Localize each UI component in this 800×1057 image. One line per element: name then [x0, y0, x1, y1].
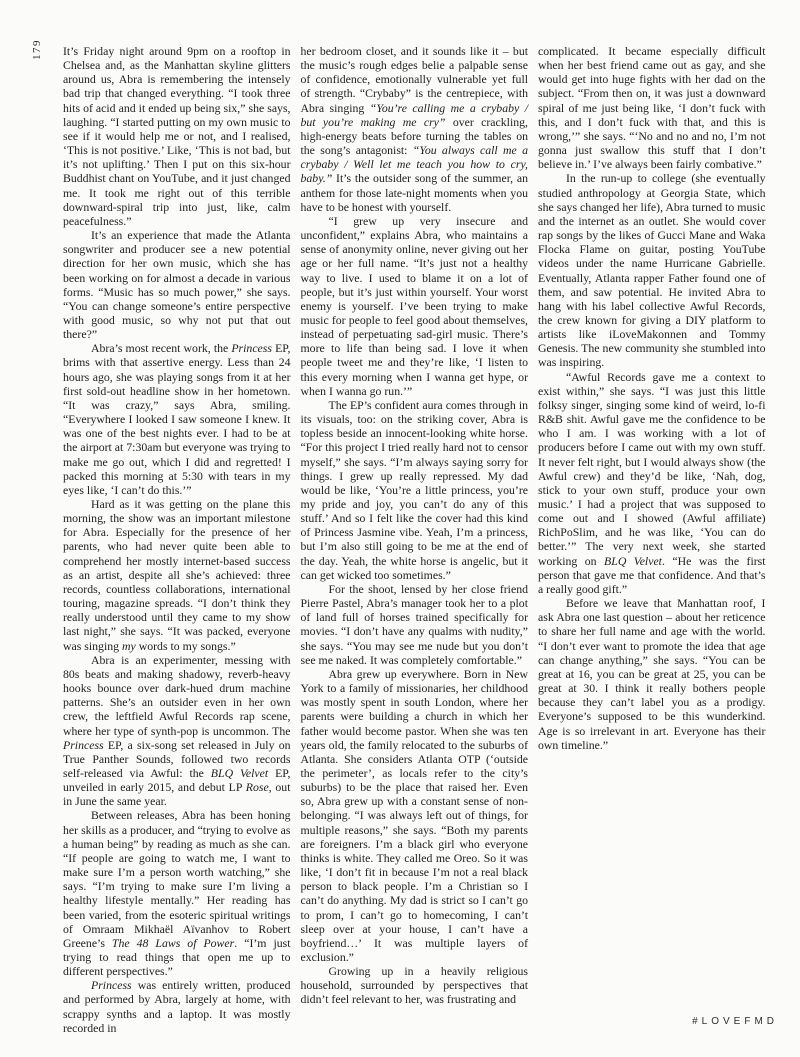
italic-text-run: my: [122, 639, 136, 653]
text-run: Growing up in a heavily religious househ…: [301, 964, 529, 1006]
text-run: Abra grew up everywhere. Born in New Yor…: [301, 667, 529, 964]
italic-text-run: Princess: [91, 978, 132, 992]
paragraph: For the shoot, lensed by her close frien…: [301, 582, 529, 667]
paragraph: Princess was entirely written, produced …: [63, 978, 291, 1035]
footer-hashtag: #LOVEFMD: [692, 1016, 778, 1027]
text-run: In the run-up to college (she eventually…: [538, 171, 766, 369]
text-run: Between releases, Abra has been honing h…: [63, 808, 291, 949]
paragraph: Hard as it was getting on the plane this…: [63, 497, 291, 653]
italic-text-run: The 48 Laws of Power: [112, 936, 234, 950]
text-run: Before we leave that Manhattan roof, I a…: [538, 596, 766, 752]
text-run: complicated. It became especially diffic…: [538, 44, 766, 171]
italic-text-run: Princess: [63, 738, 104, 752]
paragraph: complicated. It became especially diffic…: [538, 44, 766, 171]
text-run: The EP’s confident aura comes through in…: [301, 398, 529, 582]
page-number: 179: [31, 39, 43, 60]
paragraph: It’s an experience that made the Atlanta…: [63, 228, 291, 341]
text-run: For the shoot, lensed by her close frien…: [301, 582, 529, 667]
text-run: “Awful Records gave me a context to exis…: [538, 370, 766, 568]
paragraph: It’s Friday night around 9pm on a roofto…: [63, 44, 291, 228]
text-run: Abra is an experimenter, messing with 80…: [63, 653, 291, 738]
paragraph: Abra is an experimenter, messing with 80…: [63, 653, 291, 809]
italic-text-run: BLQ Velvet: [604, 554, 662, 568]
article-column-1: It’s Friday night around 9pm on a roofto…: [63, 44, 291, 1035]
article-column-2: her bedroom closet, and it sounds like i…: [301, 44, 529, 1007]
paragraph: Between releases, Abra has been honing h…: [63, 808, 291, 978]
paragraph: The EP’s confident aura comes through in…: [301, 398, 529, 582]
paragraph: Abra’s most recent work, the Princess EP…: [63, 341, 291, 497]
italic-text-run: Rose: [246, 780, 269, 794]
text-run: EP, brims with that assertive energy. Le…: [63, 341, 291, 497]
text-run: Abra’s most recent work, the: [91, 341, 231, 355]
text-run: It’s the outsider song of the summer, an…: [301, 171, 529, 213]
italic-text-run: Princess: [231, 341, 272, 355]
text-run: It’s Friday night around 9pm on a roofto…: [63, 44, 291, 228]
paragraph: Growing up in a heavily religious househ…: [301, 964, 529, 1006]
article-columns: It’s Friday night around 9pm on a roofto…: [63, 44, 765, 1035]
text-run: words to my songs.”: [136, 639, 236, 653]
paragraph: Before we leave that Manhattan roof, I a…: [538, 596, 766, 752]
italic-text-run: BLQ Velvet: [211, 766, 268, 780]
article-column-3: complicated. It became especially diffic…: [538, 44, 766, 752]
paragraph: Abra grew up everywhere. Born in New Yor…: [301, 667, 529, 964]
magazine-page: 179 It’s Friday night around 9pm on a ro…: [0, 0, 800, 1057]
paragraph: her bedroom closet, and it sounds like i…: [301, 44, 529, 214]
paragraph: “Awful Records gave me a context to exis…: [538, 370, 766, 597]
paragraph: “I grew up very insecure and unconfident…: [301, 214, 529, 398]
paragraph: In the run-up to college (she eventually…: [538, 171, 766, 369]
text-run: Hard as it was getting on the plane this…: [63, 497, 291, 653]
text-run: It’s an experience that made the Atlanta…: [63, 228, 291, 341]
text-run: “I grew up very insecure and unconfident…: [301, 214, 529, 398]
